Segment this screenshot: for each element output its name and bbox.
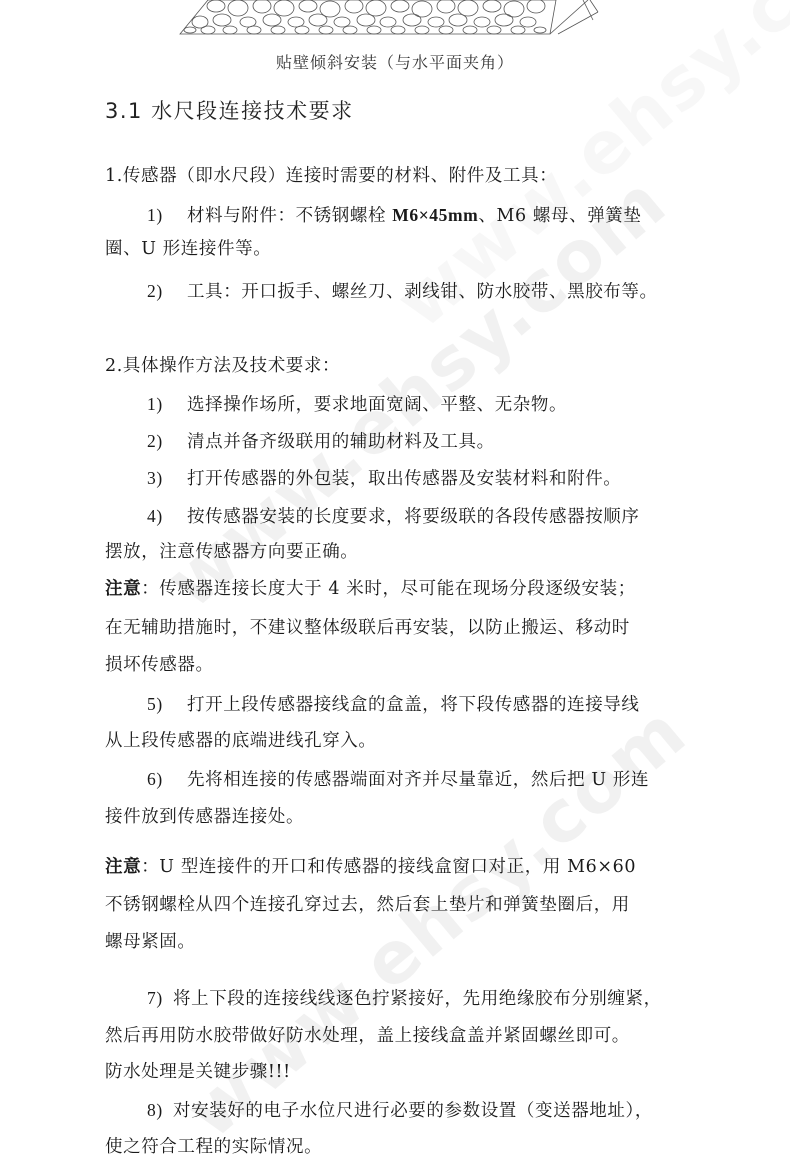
list-item: 2)工具：开口扳手、螺丝刀、剥线钳、防水胶带、黑胶布等。: [147, 280, 658, 303]
item-number: 8): [147, 1099, 173, 1121]
list-item-continuation: 摆放，注意传感器方向要正确。: [105, 541, 358, 563]
item-text: 按传感器安装的长度要求，将要级联的各段传感器按顺序: [187, 507, 640, 527]
item-number: 7): [147, 987, 173, 1009]
part2-heading: 2.具体操作方法及技术要求：: [105, 355, 340, 377]
item-text: 选择操作场所，要求地面宽阔、平整、无杂物。: [187, 395, 567, 415]
item-number: 4): [147, 505, 187, 527]
list-item: 7)将上下段的连接线线逐色拧紧接好，先用绝缘胶布分别缠紧，: [147, 987, 662, 1010]
figure-caption: 贴壁倾斜安装（与水平面夹角）: [0, 50, 790, 73]
note-text: 在无辅助措施时，不建议整体级联后再安装，以防止搬运、移动时: [105, 617, 630, 639]
note-text: ：U 型连接件的开口和传感器的接线盒窗口对正，用 M6×60: [141, 857, 636, 877]
item-text: 将上下段的连接线线逐色拧紧接好，先用绝缘胶布分别缠紧，: [173, 989, 662, 1009]
item-number: 6): [147, 768, 187, 790]
item-text: 材料与附件：不锈钢螺栓: [187, 206, 392, 226]
item-number: 1): [147, 204, 187, 226]
item-number: 5): [147, 693, 187, 715]
item-text: 工具：开口扳手、螺丝刀、剥线钳、防水胶带、黑胶布等。: [187, 282, 658, 302]
part1-heading: 1.传感器（即水尺段）连接时需要的材料、附件及工具：: [105, 165, 557, 187]
list-item-continuation: 从上段传感器的底端进线孔穿入。: [105, 730, 377, 752]
note-text: 不锈钢螺栓从四个连接孔穿过去，然后套上垫片和弹簧垫圈后，用: [105, 894, 630, 916]
item-text: 打开上段传感器接线盒的盒盖，将下段传感器的连接导线: [187, 695, 640, 715]
item-text: 打开传感器的外包装，取出传感器及安装材料和附件。: [187, 469, 621, 489]
note-label: 注意: [105, 857, 141, 877]
item-number: 2): [147, 430, 187, 452]
list-item-continuation: 然后再用防水胶带做好防水处理，盖上接线盒盖并紧固螺丝即可。: [105, 1025, 630, 1047]
item-number: 3): [147, 467, 187, 489]
item-text: 先将相连接的传感器端面对齐并尽量靠近，然后把 U 形连: [187, 770, 649, 790]
item-text: 、M6 螺母、弹簧垫: [478, 206, 641, 226]
item-number: 1): [147, 393, 187, 415]
list-item-continuation: 防水处理是关键步骤!!!: [105, 1061, 291, 1083]
list-item: 3)打开传感器的外包装，取出传感器及安装材料和附件。: [147, 467, 621, 490]
list-item: 2)清点并备齐级联用的辅助材料及工具。: [147, 430, 495, 453]
list-item-continuation: 使之符合工程的实际情况。: [105, 1136, 322, 1158]
list-item: 6)先将相连接的传感器端面对齐并尽量靠近，然后把 U 形连: [147, 768, 649, 791]
note-label: 注意: [105, 579, 141, 599]
list-item: 1)材料与附件：不锈钢螺栓 M6×45mm、M6 螺母、弹簧垫: [147, 204, 642, 227]
list-item: 8)对安装好的电子水位尺进行必要的参数设置（变送器地址），: [147, 1099, 653, 1122]
item-number: 2): [147, 280, 187, 302]
stone-wall-slope-illustration: [178, 0, 608, 50]
watermark: www.ehsy.com: [170, 689, 702, 1155]
note-text: 损坏传感器。: [105, 654, 214, 676]
list-item: 5)打开上段传感器接线盒的盒盖，将下段传感器的连接导线: [147, 693, 640, 716]
note-text: 螺母紧固。: [105, 931, 196, 953]
list-item-continuation: 接件放到传感器连接处。: [105, 806, 304, 828]
list-item: 1)选择操作场所，要求地面宽阔、平整、无杂物。: [147, 393, 567, 416]
section-title: 3.1 水尺段连接技术要求: [105, 100, 354, 122]
note-text: ：传感器连接长度大于 4 米时，尽可能在现场分段逐级安装；: [141, 579, 636, 599]
item-text: 清点并备齐级联用的辅助材料及工具。: [187, 432, 495, 452]
list-item-continuation: 圈、U 形连接件等。: [105, 238, 271, 260]
bolt-spec: M6×45mm: [392, 205, 478, 225]
note: 注意：U 型连接件的开口和传感器的接线盒窗口对正，用 M6×60: [105, 856, 636, 878]
note: 注意：传感器连接长度大于 4 米时，尽可能在现场分段逐级安装；: [105, 578, 636, 600]
list-item: 4)按传感器安装的长度要求，将要级联的各段传感器按顺序: [147, 505, 640, 528]
item-text: 对安装好的电子水位尺进行必要的参数设置（变送器地址），: [173, 1101, 653, 1121]
